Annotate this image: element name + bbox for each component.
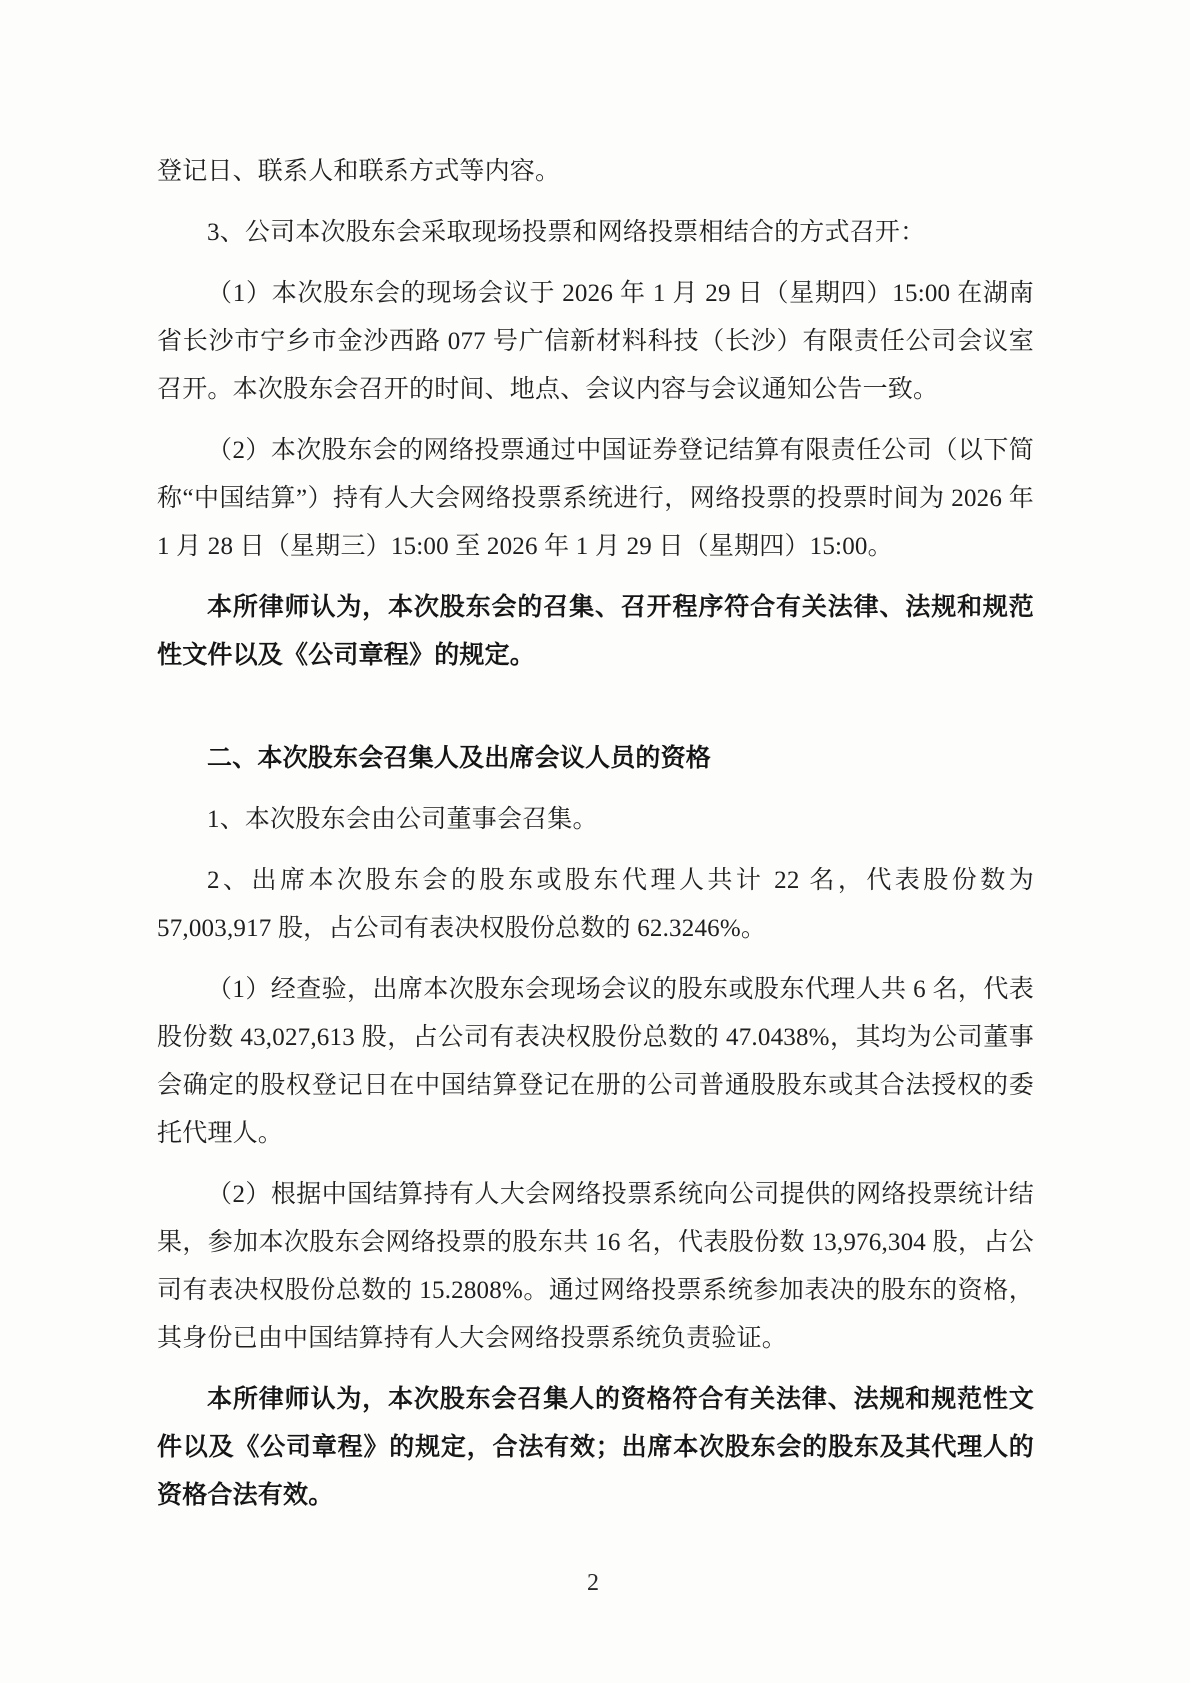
paragraph-online-attendance: （2）根据中国结算持有人大会网络投票系统向公司提供的网络投票统计结果，参加本次股… (157, 1171, 1034, 1363)
paragraph-onsite-meeting-details: （1）本次股东会的现场会议于 2026 年 1 月 29 日（星期四）15:00… (157, 270, 1034, 414)
paragraph-online-voting-details: （2）本次股东会的网络投票通过中国证券登记结算有限责任公司（以下简称“中国结算”… (157, 427, 1034, 571)
paragraph-onsite-attendance: （1）经查验，出席本次股东会现场会议的股东或股东代理人共 6 名，代表股份数 4… (157, 966, 1034, 1158)
paragraph-lawyer-opinion-procedures: 本所律师认为，本次股东会的召集、召开程序符合有关法律、法规和规范性文件以及《公司… (157, 584, 1034, 680)
paragraph-registration-details-continuation: 登记日、联系人和联系方式等内容。 (157, 148, 1034, 196)
paragraph-lawyer-opinion-qualifications: 本所律师认为，本次股东会召集人的资格符合有关法律、法规和规范性文件以及《公司章程… (157, 1376, 1034, 1520)
paragraph-attendance-summary: 2、出席本次股东会的股东或股东代理人共计 22 名，代表股份数为 57,003,… (157, 857, 1034, 953)
paragraph-meeting-method: 3、公司本次股东会采取现场投票和网络投票相结合的方式召开： (157, 209, 1034, 257)
page-number: 2 (0, 1566, 1186, 1600)
document-body: 登记日、联系人和联系方式等内容。 3、公司本次股东会采取现场投票和网络投票相结合… (157, 148, 1034, 1533)
paragraph-convener: 1、本次股东会由公司董事会召集。 (157, 796, 1034, 844)
document-page: 登记日、联系人和联系方式等内容。 3、公司本次股东会采取现场投票和网络投票相结合… (0, 0, 1190, 1683)
section-heading-convener-qualification: 二、本次股东会召集人及出席会议人员的资格 (157, 735, 1034, 783)
